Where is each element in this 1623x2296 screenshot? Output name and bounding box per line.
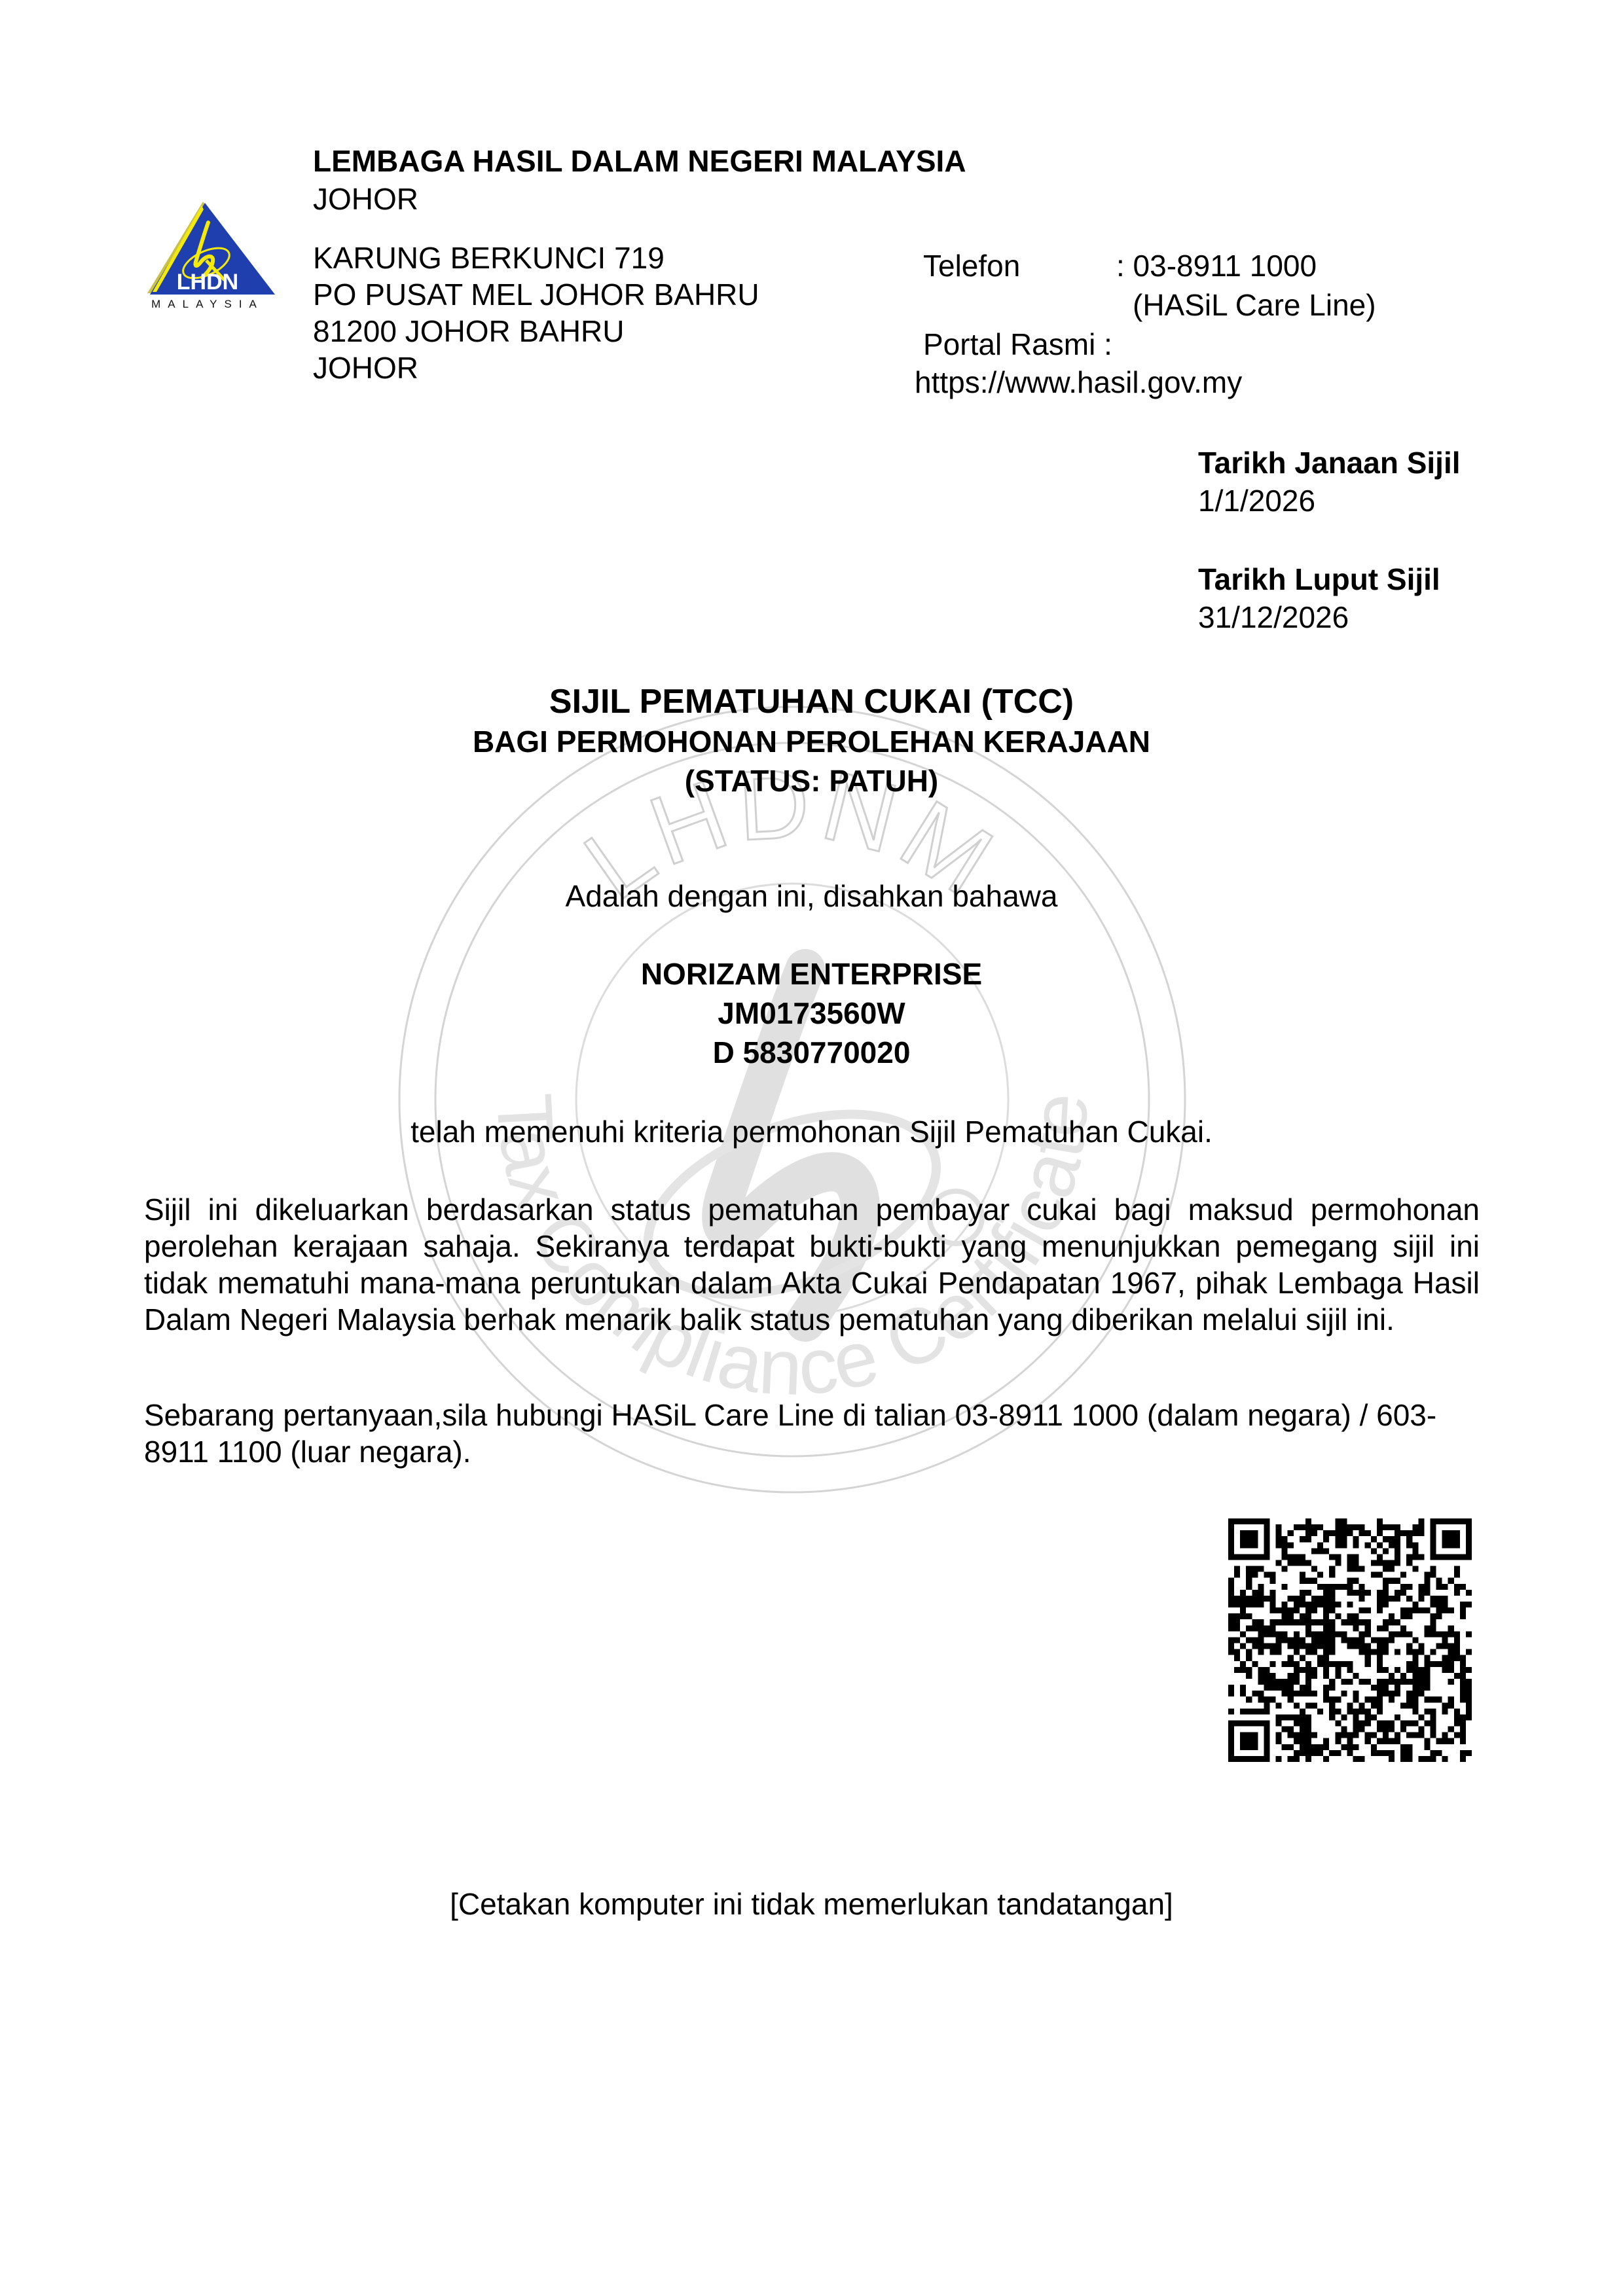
issue-date-block: Tarikh Janaan Sijil 1/1/2026 <box>1198 444 1461 520</box>
organization-branch: JOHOR <box>313 181 418 217</box>
certificate-subtitle: BAGI PERMOHONAN PEROLEHAN KERAJAAN <box>0 723 1623 761</box>
expiry-date-label: Tarikh Luput Sijil <box>1198 560 1440 598</box>
taxpayer-tax-ref-no: D 5830770020 <box>0 1033 1623 1072</box>
no-signature-note: [Cetakan komputer ini tidak memerlukan t… <box>0 1885 1623 1923</box>
taxpayer-details: NORIZAM ENTERPRISE JM0173560W D 58307700… <box>0 954 1623 1072</box>
expiry-date-block: Tarikh Luput Sijil 31/12/2026 <box>1198 560 1440 636</box>
issue-date-value: 1/1/2026 <box>1198 482 1461 520</box>
telefon-note: (HASiL Care Line) <box>1133 287 1376 323</box>
telefon-value: : 03-8911 1000 <box>1116 247 1317 284</box>
address-line: KARUNG BERKUNCI 719 <box>313 240 759 276</box>
expiry-date-value: 31/12/2026 <box>1198 598 1440 636</box>
enquiry-paragraph: Sebarang pertanyaan,sila hubungi HASiL C… <box>144 1397 1480 1470</box>
address-line: PO PUSAT MEL JOHOR BAHRU <box>313 276 759 313</box>
certificate-status: (STATUS: PATUH) <box>0 762 1623 800</box>
taxpayer-name: NORIZAM ENTERPRISE <box>0 954 1623 994</box>
organization-name: LEMBAGA HASIL DALAM NEGERI MALAYSIA <box>313 143 966 179</box>
certification-intro: Adalah dengan ini, disahkan bahawa <box>0 877 1623 915</box>
svg-text:LHDN: LHDN <box>177 270 238 295</box>
postal-address: KARUNG BERKUNCI 719 PO PUSAT MEL JOHOR B… <box>313 240 759 386</box>
lhdn-logo-icon: LHDN MALAYSIA <box>141 196 278 311</box>
qr-code-icon[interactable] <box>1228 1518 1472 1762</box>
criteria-statement: telah memenuhi kriteria permohonan Sijil… <box>0 1113 1623 1151</box>
lhdnm-watermark-seal-icon: LHDNM Tax Compliance Certificate <box>386 694 1198 1505</box>
portal-url: https://www.hasil.gov.my <box>915 364 1242 401</box>
telefon-label: Telefon <box>923 247 1020 284</box>
disclaimer-paragraph: Sijil ini dikeluarkan berdasarkan status… <box>144 1191 1480 1338</box>
address-line: 81200 JOHOR BAHRU <box>313 313 759 350</box>
portal-label: Portal Rasmi : <box>923 326 1112 363</box>
svg-text:MALAYSIA: MALAYSIA <box>151 298 264 310</box>
issue-date-label: Tarikh Janaan Sijil <box>1198 444 1461 482</box>
certificate-title: SIJIL PEMATUHAN CUKAI (TCC) <box>0 681 1623 723</box>
address-line: JOHOR <box>313 350 759 386</box>
taxpayer-registration-no: JM0173560W <box>0 994 1623 1033</box>
